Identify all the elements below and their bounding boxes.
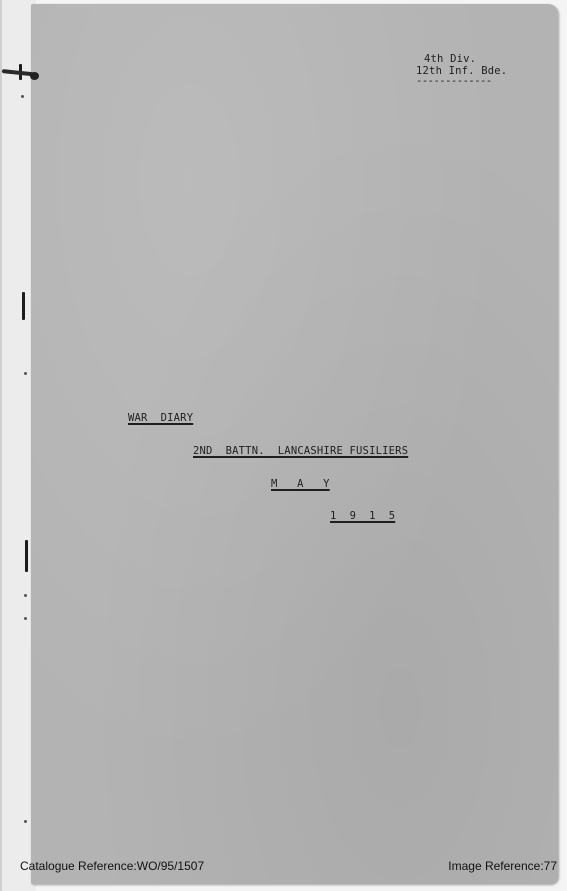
binding-speck: [24, 820, 27, 823]
header-rule: -------------: [416, 75, 492, 87]
binding-speck: [24, 372, 27, 375]
war-diary-title: WAR DIARY: [128, 412, 193, 424]
binding-speck: [21, 95, 24, 98]
binding-mark: [25, 540, 28, 572]
treasury-tag-knot: [30, 72, 39, 80]
month-title: M A Y: [271, 478, 330, 490]
battalion-title: 2ND BATTN. LANCASHIRE FUSILIERS: [193, 445, 408, 457]
binding-speck: [24, 617, 27, 620]
binding-mark: [22, 292, 25, 320]
image-reference: Image Reference:77: [448, 859, 557, 873]
binding-speck: [24, 594, 27, 597]
catalogue-reference: Catalogue Reference:WO/95/1507: [20, 859, 204, 873]
year-title: 1 9 1 5: [330, 510, 395, 522]
scanned-document: 4th Div. 12th Inf. Bde. ------------- WA…: [0, 0, 567, 891]
division-label: 4th Div.: [424, 53, 476, 65]
document-page: 4th Div. 12th Inf. Bde. ------------- WA…: [31, 4, 558, 884]
